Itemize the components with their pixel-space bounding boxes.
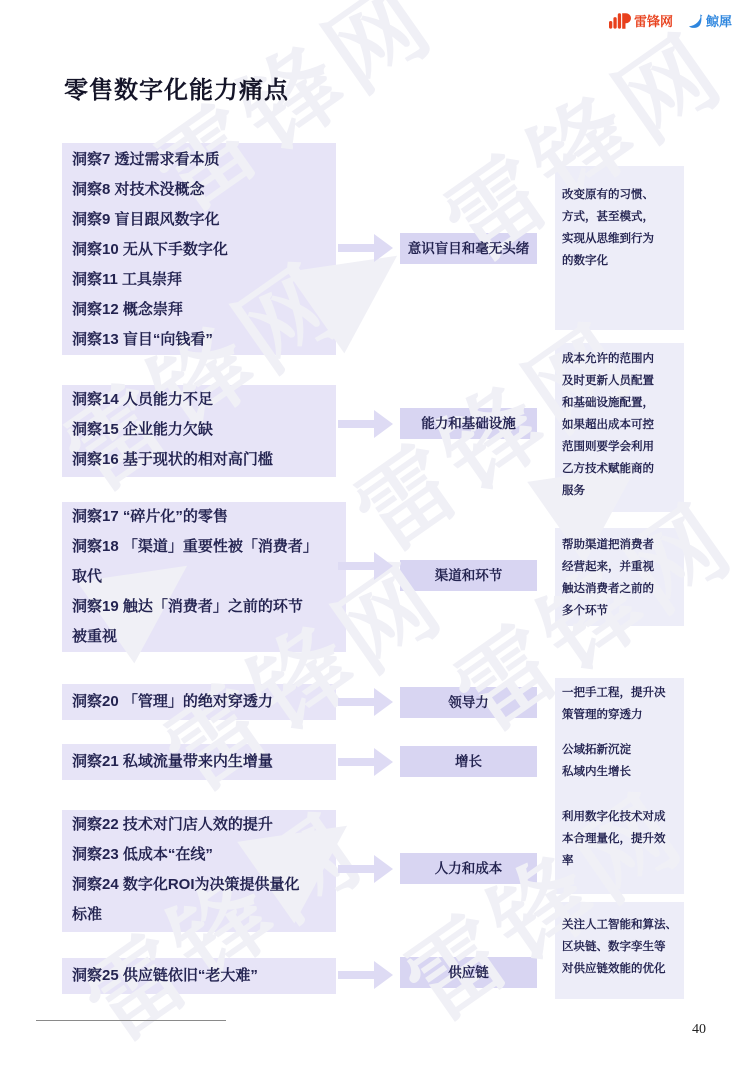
insight-group-5-box: 洞察21 私域流量带来内生增量 (62, 744, 336, 780)
page-title: 零售数字化能力痛点 (64, 70, 289, 105)
header-logos: 雷锋网 鲸犀 (609, 11, 732, 30)
description-text: 一把手工程，提升决 策管理的穿透力 (562, 682, 677, 726)
insight-item: 洞察7 透过需求看本质 (72, 145, 336, 175)
flow-arrow (338, 410, 393, 438)
description-box: 帮助渠道把消费者 经营起来，并重视 触达消费者之前的 多个环节 (555, 528, 684, 626)
footnote-rule (36, 1020, 226, 1021)
description-text: 帮助渠道把消费者 经营起来，并重视 触达消费者之前的 多个环节 (562, 534, 677, 622)
insight-item: 洞察21 私域流量带来内生增量 (72, 747, 336, 777)
category-box-channels: 渠道和环节 (400, 560, 537, 591)
page-number: 40 (692, 1022, 706, 1038)
category-box-supply-chain: 供应链 (400, 957, 537, 988)
category-box-growth: 增长 (400, 746, 537, 777)
category-box-capability-infrastructure: 能力和基础设施 (400, 408, 537, 439)
category-label: 渠道和环节 (435, 568, 503, 583)
insight-group-7-box: 洞察25 供应链依旧“老大难” (62, 958, 336, 994)
jingxi-logo: 鲸犀 (687, 11, 732, 30)
leiphone-logo-icon (609, 13, 631, 29)
insight-group-1-box: 洞察7 透过需求看本质 洞察8 对技术没概念 洞察9 盲目跟风数字化 洞察10 … (62, 143, 336, 355)
insight-item: 洞察14 人员能力不足 (72, 385, 336, 415)
whale-icon (687, 13, 703, 29)
category-label: 供应链 (448, 965, 489, 980)
description-text: 改变原有的习惯、 方式，甚至模式， 实现从思维到行为 的数字化 (562, 184, 677, 272)
description-text: 公域拓新沉淀 私域内生增长 (562, 739, 677, 783)
category-label: 领导力 (448, 695, 489, 710)
description-box: 公域拓新沉淀 私域内生增长 (555, 733, 684, 794)
insight-item: 洞察19 触达「消费者」之前的环节 被重视 (72, 592, 346, 652)
description-box: 利用数字化技术对成 本合理量化，提升效 率 (555, 792, 684, 894)
flow-arrow (338, 748, 393, 776)
insight-item: 洞察13 盲目“向钱看” (72, 325, 336, 355)
category-label: 人力和成本 (435, 861, 503, 876)
insight-item: 洞察18 「渠道」重要性被「消费者」 取代 (72, 532, 346, 592)
insight-item: 洞察16 基于现状的相对高门槛 (72, 445, 336, 475)
flow-arrow (338, 855, 393, 883)
leiphone-logo-label: 雷锋网 (634, 11, 673, 30)
flow-arrow (338, 961, 393, 989)
description-box: 成本允许的范围内 及时更新人员配置 和基础设施配置， 如果超出成本可控 范围则要… (555, 343, 684, 512)
insight-item: 洞察24 数字化ROI为决策提供量化 标准 (72, 870, 336, 930)
report-page: 雷锋网 雷锋网 ▶ 雷锋网 雷锋网 ▶ 雷锋网 雷锋网 ▶ 雷锋网 雷锋网 ▶ … (0, 0, 740, 1068)
insight-item: 洞察25 供应链依旧“老大难” (72, 961, 336, 991)
insight-group-6-box: 洞察22 技术对门店人效的提升 洞察23 低成本“在线” 洞察24 数字化ROI… (62, 810, 336, 932)
insight-item: 洞察20 「管理」的绝对穿透力 (72, 687, 336, 717)
insight-group-3-box: 洞察17 “碎片化”的零售 洞察18 「渠道」重要性被「消费者」 取代 洞察19… (62, 502, 346, 652)
category-label: 意识盲目和毫无头绪 (408, 241, 530, 256)
flow-arrow (338, 552, 393, 580)
description-text: 成本允许的范围内 及时更新人员配置 和基础设施配置， 如果超出成本可控 范围则要… (562, 348, 677, 502)
category-label: 能力和基础设施 (421, 416, 516, 431)
insight-item: 洞察17 “碎片化”的零售 (72, 502, 346, 532)
insight-item: 洞察22 技术对门店人效的提升 (72, 810, 336, 840)
leiphone-logo: 雷锋网 (609, 11, 673, 30)
description-box: 关注人工智能和算法、 区块链、数字孪生等 对供应链效能的优化 (555, 902, 684, 999)
insight-item: 洞察23 低成本“在线” (72, 840, 336, 870)
jingxi-logo-label: 鲸犀 (706, 11, 732, 30)
flow-arrow (338, 234, 393, 262)
description-text: 利用数字化技术对成 本合理量化，提升效 率 (562, 806, 677, 872)
insight-group-4-box: 洞察20 「管理」的绝对穿透力 (62, 684, 336, 720)
insight-group-2-box: 洞察14 人员能力不足 洞察15 企业能力欠缺 洞察16 基于现状的相对高门槛 (62, 385, 336, 477)
insight-item: 洞察10 无从下手数字化 (72, 235, 336, 265)
category-box-leadership: 领导力 (400, 687, 537, 718)
insight-item: 洞察15 企业能力欠缺 (72, 415, 336, 445)
insight-item: 洞察8 对技术没概念 (72, 175, 336, 205)
description-box: 改变原有的习惯、 方式，甚至模式， 实现从思维到行为 的数字化 (555, 166, 684, 330)
category-box-manpower-cost: 人力和成本 (400, 853, 537, 884)
insight-item: 洞察11 工具崇拜 (72, 265, 336, 295)
insight-item: 洞察12 概念崇拜 (72, 295, 336, 325)
description-text: 关注人工智能和算法、 区块链、数字孪生等 对供应链效能的优化 (562, 914, 677, 980)
flow-arrow (338, 688, 393, 716)
category-label: 增长 (455, 754, 482, 769)
category-box-awareness: 意识盲目和毫无头绪 (400, 233, 537, 264)
description-box: 一把手工程，提升决 策管理的穿透力 (555, 678, 684, 734)
insight-item: 洞察9 盲目跟风数字化 (72, 205, 336, 235)
